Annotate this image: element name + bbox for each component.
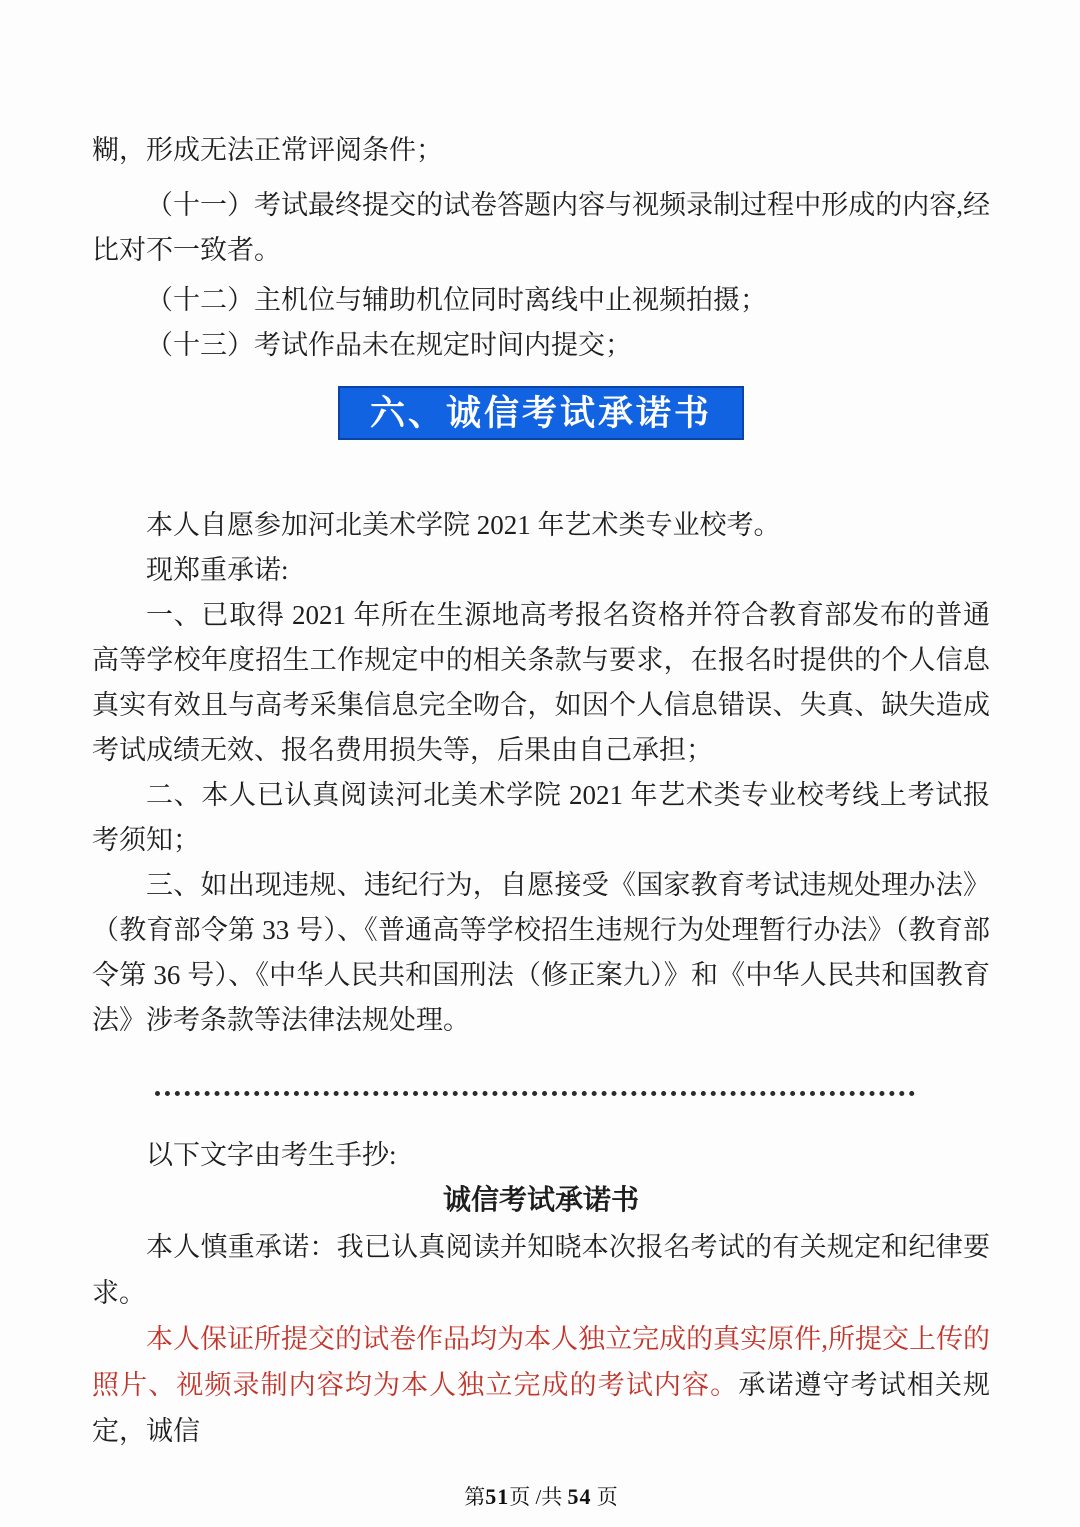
- pledge-item-3: 三、如出现违规、违纪行为，自愿接受《国家教育考试违规处理办法》（教育部令第 33…: [92, 863, 990, 1043]
- section-banner: 六、诚信考试承诺书: [338, 386, 744, 440]
- footer-label-mid: 页 /共: [509, 1485, 567, 1509]
- pledge-section: 本人自愿参加河北美术学院 2021 年艺术类专业校考。 现郑重承诺: 一、已取得…: [92, 503, 990, 1043]
- document-content: 糊，形成无法正常评阅条件； （十一）考试最终提交的试卷答题内容与视频录制过程中形…: [0, 0, 1080, 1512]
- rule-continuation-line: 糊，形成无法正常评阅条件；: [92, 128, 990, 173]
- footer-label-di: 第: [464, 1485, 485, 1509]
- pledge-item-2: 二、本人已认真阅读河北美术学院 2021 年艺术类专业校考线上考试报考须知；: [92, 773, 990, 863]
- rules-section: 糊，形成无法正常评阅条件； （十一）考试最终提交的试卷答题内容与视频录制过程中形…: [92, 128, 990, 368]
- pledge-declaration: 现郑重承诺:: [92, 548, 990, 593]
- footer-label-end: 页: [592, 1485, 618, 1509]
- footer-total-page-number: 54: [568, 1484, 592, 1509]
- rule-item-11: （十一）考试最终提交的试卷答题内容与视频录制过程中形成的内容,经比对不一致者。: [92, 183, 990, 273]
- document-page: 糊，形成无法正常评阅条件； （十一）考试最终提交的试卷答题内容与视频录制过程中形…: [0, 0, 1080, 1527]
- handwritten-instruction: 以下文字由考生手抄:: [92, 1132, 990, 1178]
- handwritten-title: 诚信考试承诺书: [92, 1178, 990, 1224]
- page-footer: 第51页 /共 54 页: [92, 1482, 990, 1512]
- dotted-divider: [155, 1091, 915, 1096]
- pledge-intro: 本人自愿参加河北美术学院 2021 年艺术类专业校考。: [92, 503, 990, 548]
- footer-current-page-number: 51: [485, 1484, 509, 1509]
- handwritten-guarantee-paragraph: 本人保证所提交的试卷作品均为本人独立完成的真实原件,所提交上传的照片、视频录制内…: [92, 1316, 990, 1454]
- pledge-item-1: 一、已取得 2021 年所在生源地高考报名资格并符合教育部发布的普通高等学校年度…: [92, 593, 990, 773]
- handwritten-promise-line: 本人慎重承诺：我已认真阅读并知晓本次报名考试的有关规定和纪律要求。: [92, 1224, 990, 1316]
- section-banner-title: 六、诚信考试承诺书: [370, 391, 712, 436]
- rule-item-12: （十二）主机位与辅助机位同时离线中止视频拍摄；: [92, 278, 990, 323]
- handwritten-section: 以下文字由考生手抄: 诚信考试承诺书 本人慎重承诺：我已认真阅读并知晓本次报名考…: [92, 1132, 990, 1454]
- rule-item-13: （十三）考试作品未在规定时间内提交；: [92, 323, 990, 368]
